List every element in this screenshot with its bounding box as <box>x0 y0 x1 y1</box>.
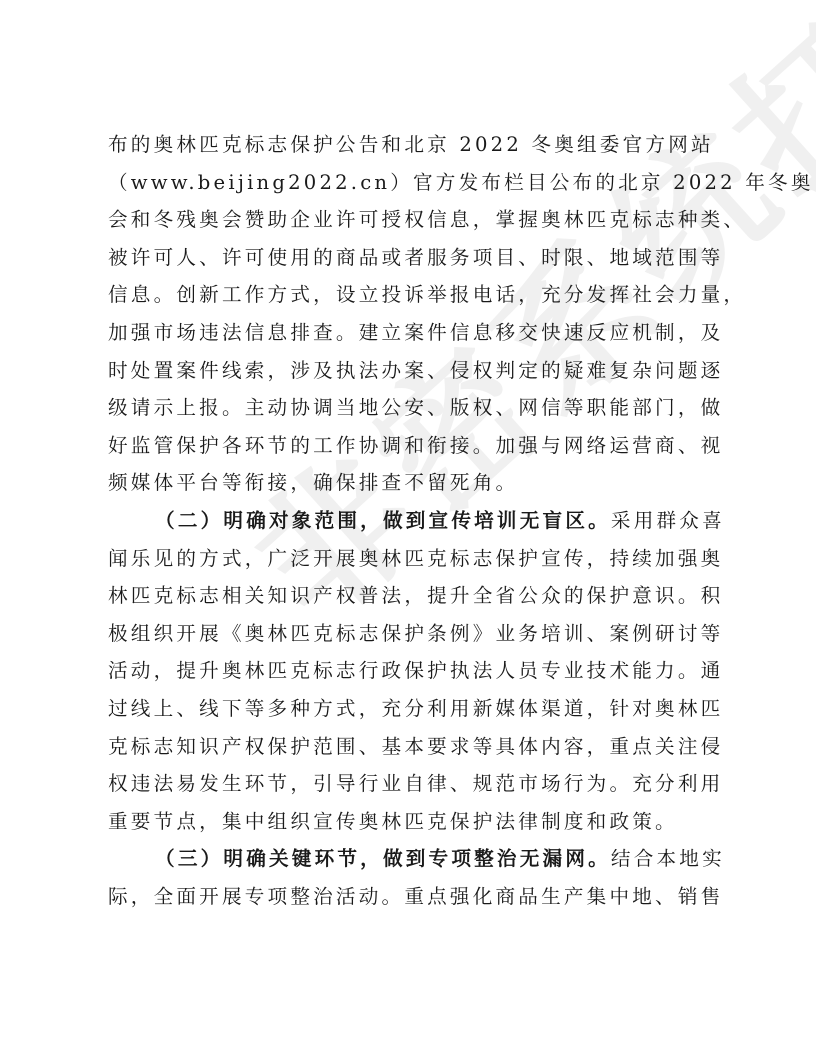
text-line: 会和冬残奥会赞助企业许可授权信息，掌握奥林匹克标志种类、 <box>108 201 710 239</box>
paragraph-2: （二）明确对象范围，做到宣传培训无盲区。采用群众喜 闻乐见的方式，广泛开展奥林匹… <box>108 502 710 840</box>
text-line: 权违法易发生环节，引导行业自律、规范市场行为。充分利用 <box>108 765 710 803</box>
text-line: 际，全面开展专项整治活动。重点强化商品生产集中地、销售 <box>108 878 710 916</box>
text-line: 活动，提升奥林匹克标志行政保护执法人员专业技术能力。通 <box>108 652 710 690</box>
paragraph-1: 布的奥林匹克标志保护公告和北京 2022 冬奥组委官方网站 （www.beiji… <box>108 126 710 502</box>
text-line: 好监管保护各环节的工作协调和衔接。加强与网络运营商、视 <box>108 427 710 465</box>
text-line: 信息。创新工作方式，设立投诉举报电话，充分发挥社会力量， <box>108 276 710 314</box>
text-line: 克标志知识产权保护范围、基本要求等具体内容，重点关注侵 <box>108 728 710 766</box>
text-line: 重要节点，集中组织宣传奥林匹克保护法律制度和政策。 <box>108 803 710 841</box>
text-line: 布的奥林匹克标志保护公告和北京 2022 冬奥组委官方网站 <box>108 126 710 164</box>
text-line-first: （三）明确关键环节，做到专项整治无漏网。结合本地实 <box>108 840 710 878</box>
paragraph-text: 结合本地实 <box>611 847 725 870</box>
text-line: 加强市场违法信息排查。建立案件信息移交快速反应机制，及 <box>108 314 710 352</box>
text-line: 极组织开展《奥林匹克标志保护条例》业务培训、案例研讨等 <box>108 615 710 653</box>
text-line: （www.beijing2022.cn）官方发布栏目公布的北京 2022 年冬奥 <box>108 164 710 202</box>
section-heading-2: （二）明确对象范围，做到宣传培训无盲区。 <box>155 509 611 532</box>
text-line: 级请示上报。主动协调当地公安、版权、网信等职能部门，做 <box>108 389 710 427</box>
paragraph-text: 采用群众喜 <box>611 509 725 532</box>
text-line: 频媒体平台等衔接，确保排查不留死角。 <box>108 464 710 502</box>
text-line: 时处置案件线索，涉及执法办案、侵权判定的疑难复杂问题逐 <box>108 352 710 390</box>
section-heading-3: （三）明确关键环节，做到专项整治无漏网。 <box>155 847 611 870</box>
paragraph-3: （三）明确关键环节，做到专项整治无漏网。结合本地实 际，全面开展专项整治活动。重… <box>108 840 710 915</box>
text-line: 闻乐见的方式，广泛开展奥林匹克标志保护宣传，持续加强奥 <box>108 540 710 578</box>
document-body: 布的奥林匹克标志保护公告和北京 2022 冬奥组委官方网站 （www.beiji… <box>108 126 710 915</box>
text-line: 林匹克标志相关知识产权普法，提升全省公众的保护意识。积 <box>108 577 710 615</box>
text-line: 过线上、线下等多种方式，充分利用新媒体渠道，针对奥林匹 <box>108 690 710 728</box>
document-page: 非密系统打印 布的奥林匹克标志保护公告和北京 2022 冬奥组委官方网站 （ww… <box>0 0 816 1056</box>
text-line-first: （二）明确对象范围，做到宣传培训无盲区。采用群众喜 <box>108 502 710 540</box>
text-line: 被许可人、许可使用的商品或者服务项目、时限、地域范围等 <box>108 239 710 277</box>
